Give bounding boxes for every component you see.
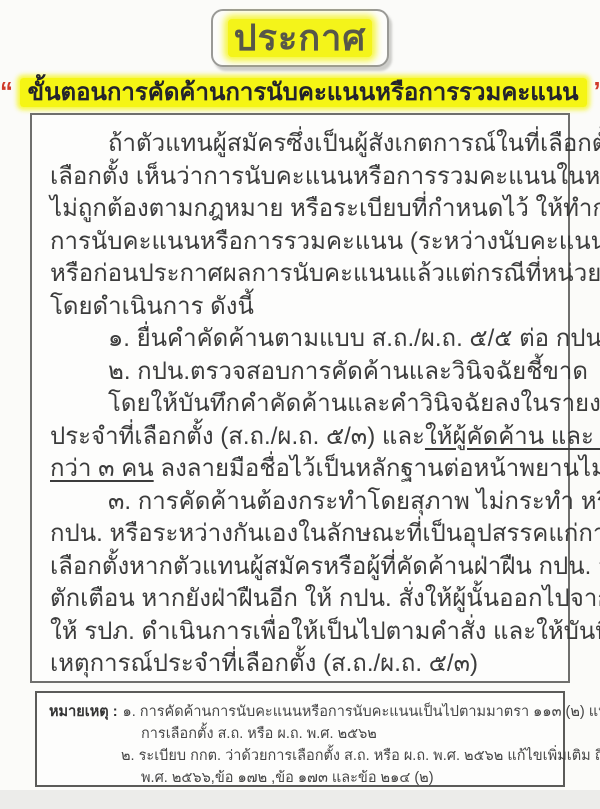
title-box: ประกาศ	[211, 9, 389, 67]
note-line-4: พ.ศ. ๒๕๖๖,ข้อ ๑๗๒ ,ข้อ ๑๗๓ และข้อ ๒๑๔ (๒…	[49, 767, 555, 789]
content-line: เหตุการณ์ประจำที่เลือกตั้ง (ส.ถ./ผ.ถ. ๕/…	[50, 648, 552, 681]
content-line: ให้ รปภ. ดำเนินการเพื่อให้เป็นไปตามคำสั่…	[50, 616, 552, 649]
close-quote: ”	[593, 76, 600, 106]
note-label: หมายเหตุ :	[49, 704, 118, 720]
content-line: ถ้าตัวแทนผู้สมัครซึ่งเป็นผู้สังเกตการณ์ใ…	[50, 128, 552, 161]
content-line: การนับคะแนนหรือการรวมคะแนน (ระหว่างนับคะ…	[50, 226, 552, 259]
content-line: โดยให้บันทึกคำคัดค้านและคำวินิจฉัยลงในรา…	[50, 388, 552, 421]
content-box: ถ้าตัวแทนผู้สมัครซึ่งเป็นผู้สังเกตการณ์ใ…	[30, 113, 570, 683]
content-line-item-2: ๒. กปน.ตรวจสอบการคัดค้านและวินิจฉัยชี้ขา…	[50, 356, 552, 389]
content-line: โดยดำเนินการ ดังนี้	[50, 291, 552, 324]
content-line: เลือกตั้ง เห็นว่าการนับคะแนนหรือการรวมคะ…	[50, 161, 552, 194]
subtitle-banner: “ ขั้นตอนการคัดค้านการนับคะแนนหรือการรวม…	[0, 72, 600, 111]
note-line-3: ๒. ระเบียบ กกต. ว่าด้วยการเลือกตั้ง ส.ถ.…	[49, 745, 555, 767]
announcement-poster: ประกาศ “ ขั้นตอนการคัดค้านการนับคะแนนหรื…	[0, 0, 600, 809]
content-line-item-1: ๑. ยื่นคำคัดค้านตามแบบ ส.ถ./ผ.ถ. ๕/๕ ต่อ…	[50, 323, 552, 356]
open-quote: “	[0, 76, 13, 106]
content-line: ตักเตือน หากยังฝ่าฝืนอีก ให้ กปน. สั่งให…	[50, 583, 552, 616]
content-line: กว่า ๓ คน ลงลายมือชื่อไว้เป็นหลักฐานต่อห…	[50, 453, 552, 486]
content-line: หรือก่อนประกาศผลการนับคะแนนแล้วแต่กรณีที…	[50, 258, 552, 291]
subtitle-text: ขั้นตอนการคัดค้านการนับคะแนนหรือการรวมคะ…	[20, 78, 587, 107]
content-line: ไม่ถูกต้องตามกฎหมาย หรือระเบียบที่กำหนดไ…	[50, 193, 552, 226]
content-line: เลือกตั้งหากตัวแทนผู้สมัครหรือผู้ที่คัดค…	[50, 551, 552, 584]
page-title: ประกาศ	[228, 19, 372, 57]
content-line: กปน. หรือระหว่างกันเองในลักษณะที่เป็นอุป…	[50, 518, 552, 551]
note-line-2: การเลือกตั้ง ส.ถ. หรือ ผ.ถ. พ.ศ. ๒๕๖๒	[49, 723, 555, 745]
note-box: หมายเหตุ :๑. การคัดค้านการนับคะแนนหรือกา…	[35, 691, 565, 787]
bottom-margin-strip	[0, 790, 600, 809]
note-line-1: หมายเหตุ :๑. การคัดค้านการนับคะแนนหรือกา…	[49, 701, 555, 723]
content-line: ประจำที่เลือกตั้ง (ส.ถ./ผ.ถ. ๕/๓) และให้…	[50, 421, 552, 454]
content-line-item-3: ๓. การคัดค้านต้องกระทำโดยสุภาพ ไม่กระทำ …	[50, 486, 552, 519]
